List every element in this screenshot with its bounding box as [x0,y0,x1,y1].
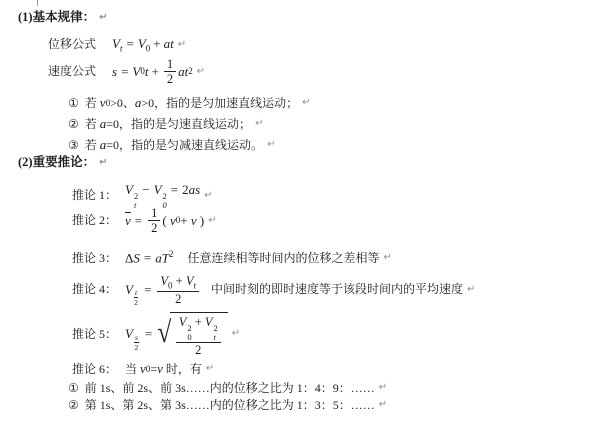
subscript-fraction: s2 [134,333,139,352]
formula-midpoint-velocity: Vs2=√V20 + V2t2 [125,312,228,357]
math-token: s [134,333,139,343]
fraction-numerator: V0 + Vt [157,274,199,292]
formula-average-velocity: v=12( v0+ v ) [125,206,204,236]
square-root: √V20 + V2t2 [156,312,228,357]
math-token: + [153,36,160,51]
item-text: =0，指的是匀速直线运动； [106,117,251,132]
math-token: 2 [175,292,181,306]
corollary-label: 推论 2： [72,213,117,228]
math-token: = [126,36,133,51]
math-token: at [164,36,174,51]
corollary-label: 推论 5： [72,327,117,342]
section-1-heading: (1)基本规律：↵ [18,10,107,26]
math-token: t [120,44,123,54]
math-token: 2 [167,72,173,86]
formula-label: 位移公式 [48,37,96,52]
math-token: + [180,213,191,229]
paragraph-mark: ↵ [379,382,387,395]
paragraph-mark: ↵ [379,399,387,412]
paragraph-mark: ↵ [178,39,186,52]
circled-number: ② [68,398,79,413]
math-token: V [138,36,146,51]
vbar-token: v [125,213,131,229]
circled-number: ① [68,96,79,111]
math-token: V [125,326,133,342]
circled-number: ③ [68,138,79,153]
section-title: 基本规律： [33,10,96,26]
paragraph-mark: ↵ [197,66,205,79]
cut-off-paragraph-mark [37,0,38,6]
corollary-note: 任意连续相等时间内的位移之差相等 [187,251,379,266]
circled-number: ② [68,117,79,132]
corollary-4-line: 推论 4： Vt2=V0 + Vt2 中间时刻的即时速度等于该段时间内的平均速度… [72,274,475,306]
circled-number: ① [68,381,79,396]
fraction-numerator: V20 + V2t [176,315,221,343]
item-text: 第 1s、第 2s、第 3s……内的位移之比为 1：3：5：…… [85,398,375,413]
formula-vt-v0-at: Vt=V0+at [112,36,174,54]
math-token: at [178,64,188,80]
math-token: V [186,274,194,288]
math-token: S [133,250,140,265]
velocity-formula-line: 速度公式 s=V0t+12at2 ↵ [48,57,205,87]
math-token: V [112,36,120,51]
corollary-6-line: 推论 6： 当 v0=v 时，有 ↵ [72,361,214,377]
item-text: 当 [125,362,140,377]
corollary-label: 推论 4： [72,282,117,297]
math-token: 2 [151,221,157,235]
list-item-1: ①若 v0>0、a>0，指的是匀加速直线运动；↵ [68,95,311,111]
corollary-5-line: 推论 5： Vs2=√V20 + V2t2 ↵ [72,312,240,357]
math-token: 2 [169,249,174,259]
math-token: s [112,64,117,80]
list-item-2: ②若 a=0，指的是匀速直线运动；↵ [68,116,263,132]
math-token: = [135,213,142,229]
formula-s-v0t: s=V0t+12at2 [112,57,193,87]
corollary-note: 中间时刻的即时速度等于该段时间内的平均速度 [211,282,463,297]
corollary-label: 推论 3： [72,251,117,266]
math-token: t [214,333,218,342]
math-token: + [192,315,205,329]
math-token: 0 [187,333,191,342]
math-token: V [125,182,133,197]
section-number: (2) [18,155,33,171]
formula-delta-s: ΔS=aT2 [125,250,173,267]
ratio-item-2: ②第 1s、第 2s、第 3s……内的位移之比为 1：3：5：……↵ [68,398,387,413]
math-token: + [173,274,186,288]
paragraph-mark: ↵ [99,12,107,25]
radical-sign: √ [157,318,171,348]
math-token: 1 [148,206,160,221]
math-token: V [205,315,213,329]
math-token: aT [155,250,169,265]
math-token: as [189,182,201,197]
paragraph-mark: ↵ [206,363,214,376]
math-token: t [134,288,138,298]
math-token: = [171,182,178,197]
math-token: ) [197,213,205,229]
fraction: V20 + V2t2 [176,315,221,357]
section-title: 重要推论： [33,155,96,171]
sup-sub-stack: 2t [214,324,218,342]
displacement-formula-line: 位移公式 Vt=V0+at ↵ [48,36,186,54]
math-token: + [152,64,159,80]
math-token: 1 [164,57,176,72]
list-item-3: ③若 a=0，指的是匀减速直线运动。↵ [68,137,275,153]
math-token: V [179,315,187,329]
section-2-heading: (2)重要推论：↵ [18,155,107,171]
item-text: 时，有 [163,362,202,377]
math-token: V [160,274,168,288]
math-token: t [145,64,149,80]
item-text: 若 [85,117,100,132]
paragraph-mark: ↵ [232,328,240,341]
math-token: 0 [146,44,151,54]
paragraph-mark: ↵ [302,97,310,110]
math-token: − [142,182,149,197]
fraction-one-half: 12 [164,57,176,87]
math-token: V [132,64,140,80]
item-text: 前 1s、前 2s、前 3s……内的位移之比为 1：4：9：…… [85,381,375,396]
corollary-label: 推论 6： [72,362,117,377]
item-text: 若 [85,96,100,111]
paragraph-mark: ↵ [255,118,263,131]
math-token: 2 [195,343,201,357]
math-token: V [154,182,162,197]
item-text: =0，指的是匀减速直线运动。 [106,138,263,153]
math-token: = [144,250,151,265]
ratio-item-1: ①前 1s、前 2s、前 3s……内的位移之比为 1：4：9：……↵ [68,381,387,396]
math-token: = [145,326,152,342]
formula-midtime-velocity: Vt2=V0 + Vt2 [125,274,201,306]
math-token: 2 [188,67,193,76]
paragraph-mark: ↵ [467,284,475,297]
math-token: t [194,281,197,291]
math-token: 2 [135,343,139,352]
paragraph-mark: ↵ [383,252,391,265]
corollary-2-line: 推论 2： v=12( v0+ v ) ↵ [72,206,217,236]
math-token: = [144,282,151,298]
item-text: >0，指的是匀加速直线运动； [141,96,298,111]
corollary-3-line: 推论 3： ΔS=aT2 任意连续相等时间内的位移之差相等 ↵ [72,250,392,267]
math-token: 2 [134,298,138,307]
radicand: V20 + V2t2 [170,312,228,357]
corollary-label: 推论 1： [72,188,117,203]
item-text: 若 [85,138,100,153]
paragraph-mark: ↵ [204,190,212,203]
fraction-one-half: 12 [148,206,160,236]
math-token: ( [162,213,170,229]
subscript-fraction: t2 [134,288,138,307]
paragraph-mark: ↵ [99,157,107,170]
math-token: = [150,362,157,377]
section-number: (1) [18,10,33,26]
document-page: (1)基本规律：↵ 位移公式 Vt=V0+at ↵ 速度公式 s=V0t+12a… [0,0,600,425]
paragraph-mark: ↵ [208,215,216,228]
fraction: V0 + Vt2 [157,274,199,306]
item-text: >0、 [110,96,135,111]
math-token: = [121,64,128,80]
formula-label: 速度公式 [48,64,96,79]
math-token: V [125,282,133,298]
paragraph-mark: ↵ [267,139,275,152]
